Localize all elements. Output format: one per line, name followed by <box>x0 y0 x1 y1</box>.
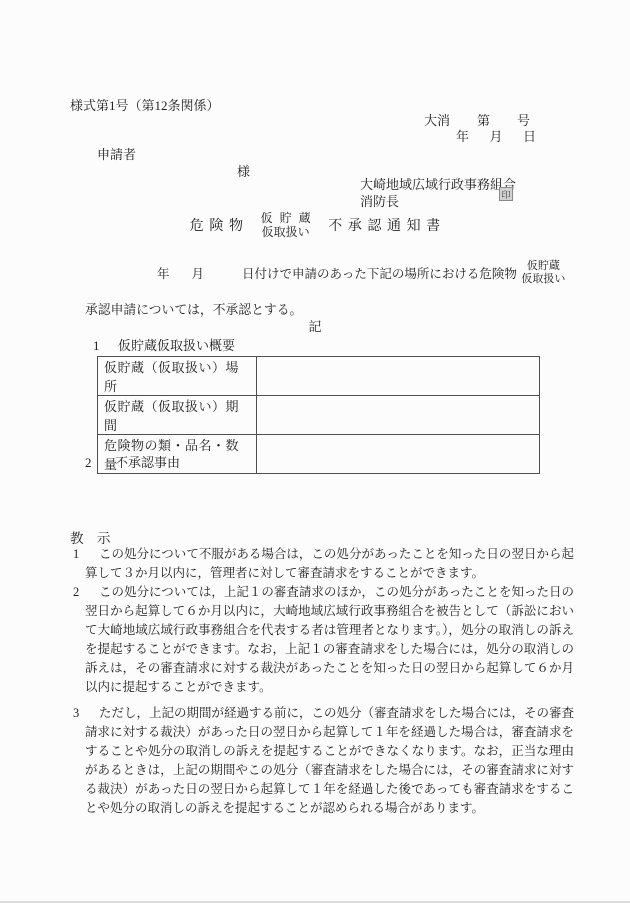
body-stack-top: 仮貯蔵 <box>521 260 566 273</box>
kyouji-item-3: 3 ただし，上記の期間が経過する前に，この処分（審査請求をした場合には，その審査… <box>71 704 574 818</box>
kyouji-item-3-text: ただし，上記の期間が経過する前に，この処分（審査請求をした場合には，その審査請求… <box>85 706 574 815</box>
seal-stamp-mark: 印 <box>499 187 513 201</box>
kyouji-item-2-number: 2 <box>73 583 79 602</box>
row-period-value <box>257 396 540 435</box>
row-place-label: 仮貯蔵（仮取扱い）場所 <box>98 357 257 396</box>
table-row: 仮貯蔵（仮取扱い）場所 <box>98 357 540 396</box>
kyouji-list: 1 この処分について不服がある場合は，この処分があったことを知った日の翌日から起… <box>71 545 574 818</box>
section2-title: 不承認事由 <box>115 455 180 470</box>
kyouji-heading: 教 示 <box>70 527 111 547</box>
date-day-label: 日 <box>523 126 536 145</box>
doc-number-org: 大消 <box>424 110 450 129</box>
section1-title: 仮貯蔵仮取扱い概要 <box>118 338 235 353</box>
title-stack: 仮貯蔵 仮取扱い <box>261 211 311 239</box>
kyouji-item-1-number: 1 <box>73 545 79 564</box>
document-page: 様式第1号（第12条関係） 大消 第 号 年 月 日 申請者 様 大崎地域広域行… <box>0 0 630 903</box>
date-month-label: 月 <box>489 126 502 145</box>
kyouji-item-1: 1 この処分について不服がある場合は，この処分があったことを知った日の翌日から起… <box>71 545 574 583</box>
body-stack-bottom: 仮取扱い <box>521 273 566 286</box>
date-line: 年 月 日 <box>456 126 536 145</box>
section1-heading: 1仮貯蔵仮取扱い概要 <box>93 335 235 354</box>
kyouji-item-2-text: この処分については，上記１の審査請求のほか，この処分があったことを知った日の翌日… <box>85 585 574 694</box>
title-stack-bottom: 仮取扱い <box>261 225 311 239</box>
title-stack-top: 仮貯蔵 <box>261 211 311 225</box>
row-materials-value <box>257 435 540 474</box>
section2-number: 2 <box>85 455 115 471</box>
section2-heading: 2不承認事由 <box>85 452 180 471</box>
section1-number: 1 <box>93 338 118 354</box>
fire-chief-title: 消防長 <box>360 191 399 210</box>
table-row: 仮貯蔵（仮取扱い）期間 <box>98 396 540 435</box>
row-period-label: 仮貯蔵（仮取扱い）期間 <box>98 396 257 435</box>
body-month-label: 月 <box>192 264 205 282</box>
title-part2: 不承認通知書 <box>323 215 446 235</box>
kyouji-item-3-number: 3 <box>73 704 79 723</box>
body-stack: 仮貯蔵 仮取扱い <box>521 260 566 286</box>
applicant-label: 申請者 <box>97 144 136 163</box>
addressee-suffix: 様 <box>237 161 250 180</box>
form-number: 様式第1号（第12条関係） <box>70 95 220 114</box>
body-first-line: 年 月 日付けで申請のあった下記の場所における危険物 仮貯蔵 仮取扱い <box>157 260 566 286</box>
title-part1: 危険物 <box>184 215 248 235</box>
body-text1: 日付けで申請のあった下記の場所における危険物 <box>242 264 517 282</box>
kyouji-item-2: 2 この処分については，上記１の審査請求のほか，この処分があったことを知った日の… <box>71 583 574 697</box>
body-year-label: 年 <box>157 264 170 282</box>
date-year-label: 年 <box>456 126 469 145</box>
row-place-value <box>257 357 540 396</box>
ki-marker: 記 <box>0 316 630 335</box>
kyouji-item-1-text: この処分について不服がある場合は，この処分があったことを知った日の翌日から起算し… <box>85 547 574 580</box>
document-title: 危険物 仮貯蔵 仮取扱い 不承認通知書 <box>0 211 630 239</box>
